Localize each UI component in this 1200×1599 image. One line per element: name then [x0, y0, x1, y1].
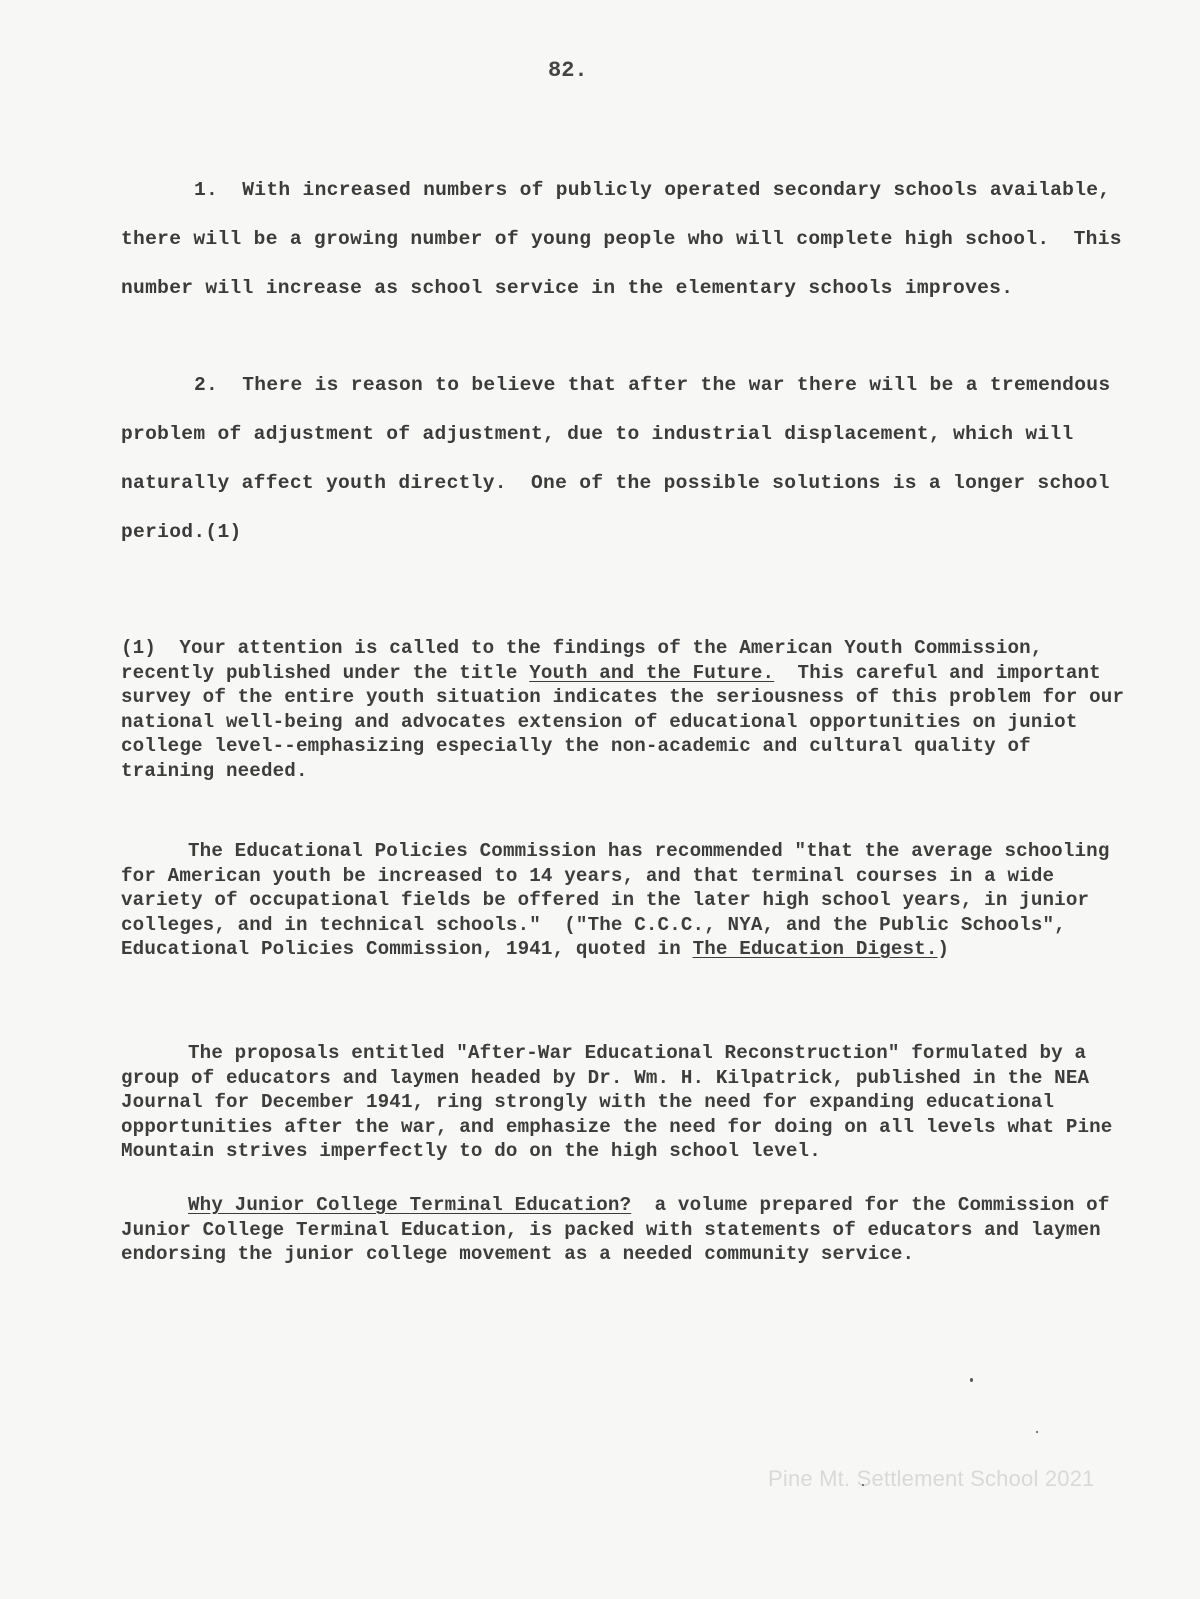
page-number: 82.: [548, 58, 588, 83]
footnote-3-text: The proposals entitled "After-War Educat…: [121, 1042, 1124, 1162]
footnote-4-book-title: Why Junior College Terminal Education?: [188, 1194, 631, 1216]
body-paragraph-2: 2. There is reason to believe that after…: [121, 361, 1151, 557]
footnote-1-book-title: Youth and the Future.: [529, 662, 774, 684]
paper-speck: [862, 1484, 864, 1486]
footnote-2-text-a: The Educational Policies Commission has …: [121, 840, 1121, 960]
paper-speck: [1036, 1431, 1038, 1433]
footnote-2-text-b: ): [938, 938, 950, 960]
paper-speck: [970, 1378, 973, 1382]
footnote-paragraph-3: The proposals entitled "After-War Educat…: [121, 1041, 1131, 1164]
watermark: Pine Mt. Settlement School 2021: [768, 1466, 1095, 1492]
footnote-paragraph-2: The Educational Policies Commission has …: [121, 839, 1131, 962]
footnote-1: (1) Your attention is called to the find…: [121, 636, 1131, 783]
body-paragraph-1: 1. With increased numbers of publicly op…: [121, 166, 1151, 313]
footnote-2-publication-title: The Education Digest.: [693, 938, 938, 960]
footnote-paragraph-4: Why Junior College Terminal Education? a…: [121, 1193, 1131, 1267]
